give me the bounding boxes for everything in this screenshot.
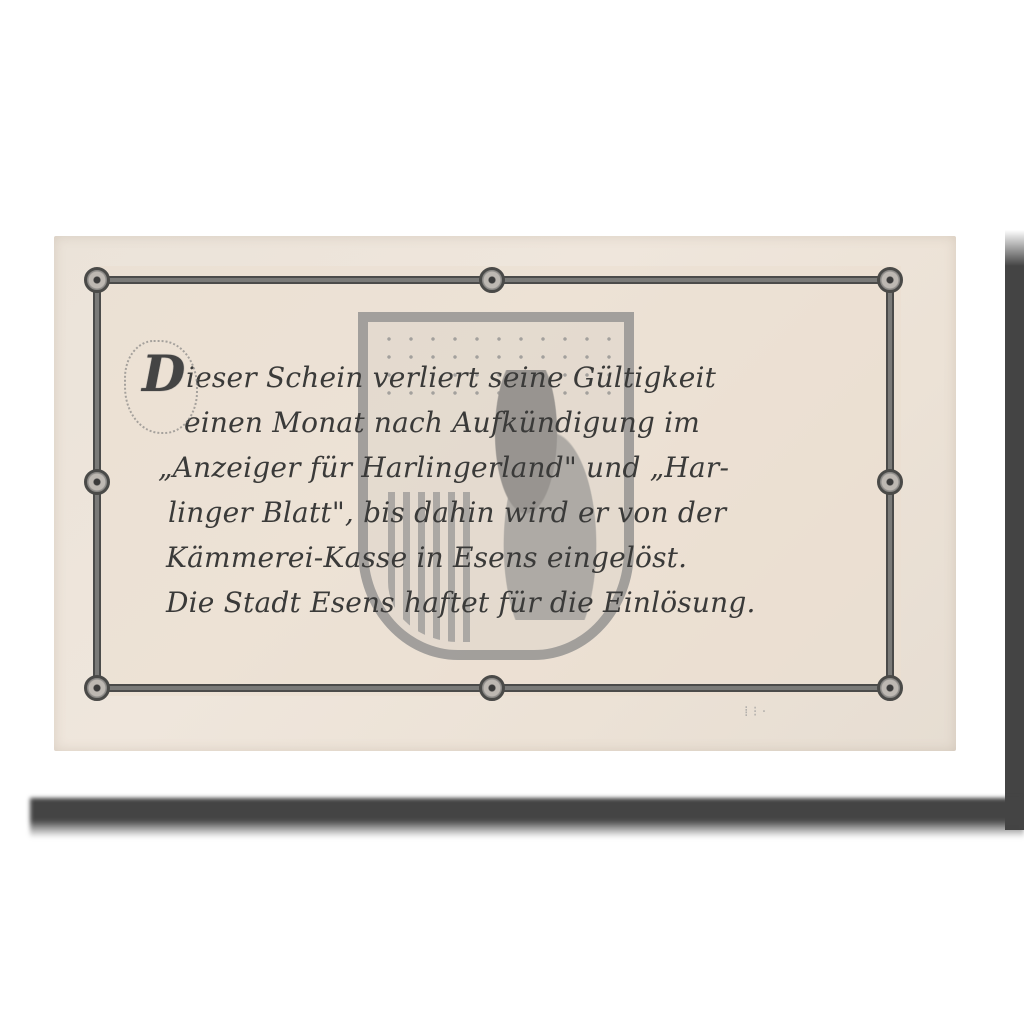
frame-rosette-icon (84, 675, 110, 701)
frame-rosette-icon (84, 267, 110, 293)
drop-cap: D (142, 354, 186, 394)
text-line: einen Monat nach Aufkündigung im (158, 400, 818, 445)
drop-shadow-bottom (30, 798, 1024, 838)
text-line: Kämmerei-Kasse in Esens eingelöst. (158, 535, 818, 580)
banknote: Dieser Schein verliert seine Gültigkeit … (54, 236, 956, 751)
text-line: „Anzeiger für Harlingerland" und „Har- (158, 445, 818, 490)
frame-rosette-icon (479, 267, 505, 293)
text-line: linger Blatt", bis dahin wird er von der (158, 490, 818, 535)
frame-rosette-icon (84, 469, 110, 495)
text-line: Dieser Schein verliert seine Gültigkeit (158, 354, 818, 400)
frame-rosette-icon (877, 469, 903, 495)
text-line: Die Stadt Esens haftet für die Einlösung… (158, 580, 818, 625)
pencil-mark: ⁞ ⁝ · (744, 704, 766, 720)
frame-rosette-icon (877, 675, 903, 701)
drop-shadow-right (1005, 230, 1024, 830)
frame-rosette-icon (877, 267, 903, 293)
redemption-text: Dieser Schein verliert seine Gültigkeit … (158, 354, 818, 625)
frame-rosette-icon (479, 675, 505, 701)
